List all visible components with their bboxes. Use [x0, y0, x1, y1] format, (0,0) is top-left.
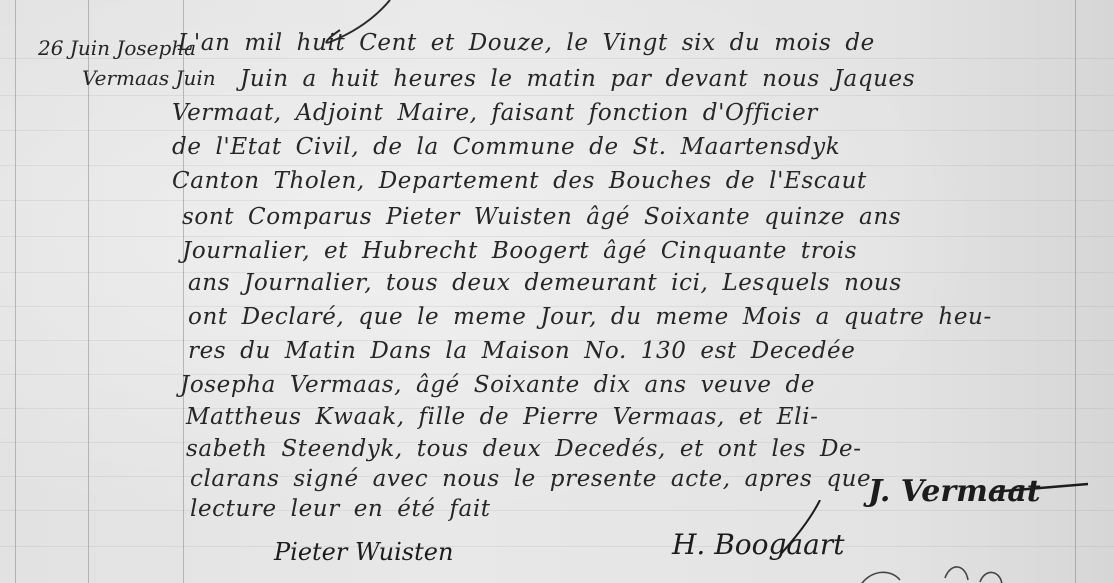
ruled-line: [0, 200, 1114, 201]
record-line-7: Journalier, et Hubrecht Boogert âgé Cinq…: [182, 238, 857, 264]
ruled-line: [0, 130, 1114, 131]
ruled-line: [0, 236, 1114, 237]
record-line-9: ont Declaré, que le meme Jour, du meme M…: [188, 304, 992, 330]
record-line-13: sabeth Steendyk, tous deux Decedés, et o…: [186, 436, 862, 462]
ruled-line: [0, 510, 1114, 511]
margin-note-surname: Vermaas Juin: [82, 66, 216, 90]
record-line-6: sont Comparus Pieter Wuisten âgé Soixant…: [182, 204, 901, 230]
signature-witness-1: Pieter Wuisten: [274, 538, 453, 566]
record-line-4: de l'Etat Civil, de la Commune de St. Ma…: [172, 134, 840, 160]
ruled-line: [0, 95, 1114, 96]
record-line-8: ans Journalier, tous deux demeurant ici,…: [188, 270, 902, 296]
next-record-fragment: [850, 558, 1010, 583]
ruled-line: [0, 546, 1114, 547]
record-line-14: clarans signé avec nous le presente acte…: [190, 466, 871, 492]
record-line-3: Vermaat, Adjoint Maire, faisant fonction…: [172, 100, 818, 126]
record-line-15: lecture leur en été fait: [190, 496, 491, 522]
signature-flourish: [760, 500, 840, 560]
signature-underline-stroke: [990, 478, 1110, 498]
record-line-1: L'an mil huit Cent et Douze, le Vingt si…: [178, 30, 875, 56]
ruled-line: [0, 165, 1114, 166]
record-line-5: Canton Tholen, Departement des Bouches d…: [172, 168, 867, 194]
margin-rule-left: [15, 0, 16, 583]
record-line-2: Juin a huit heures le matin par devant n…: [240, 66, 915, 92]
margin-note-date-name: 26 Juin Josepha: [38, 36, 196, 60]
record-line-12: Mattheus Kwaak, fille de Pierre Vermaas,…: [186, 404, 818, 430]
record-line-11: Josepha Vermaas, âgé Soixante dix ans ve…: [180, 372, 815, 398]
record-line-10: res du Matin Dans la Maison No. 130 est …: [188, 338, 855, 364]
